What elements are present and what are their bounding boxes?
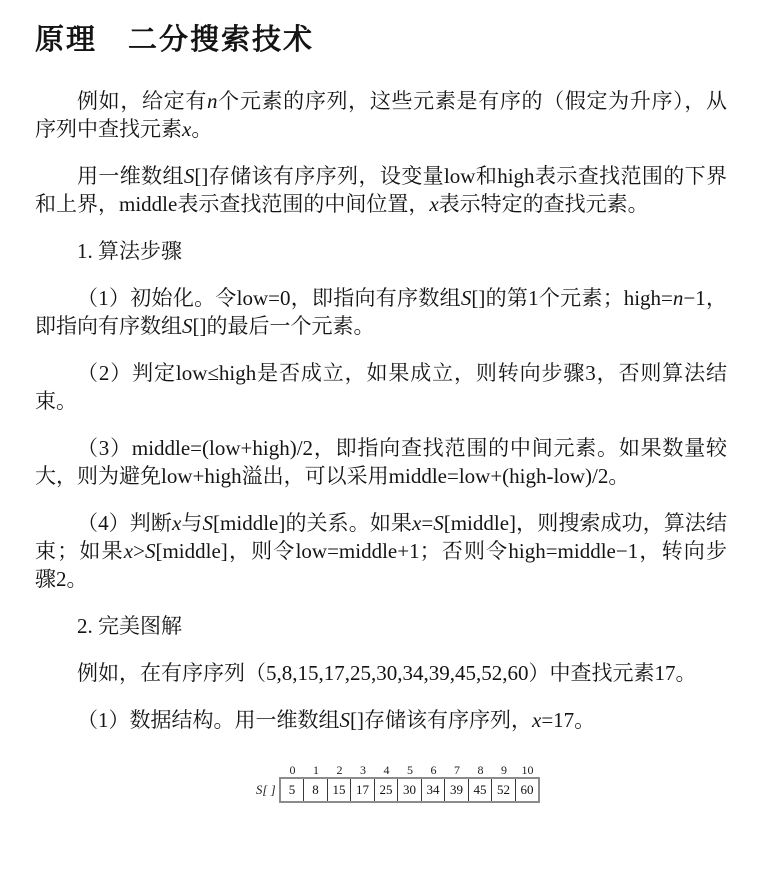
array-body-row: S[ ] 58151725303439455260 bbox=[250, 777, 541, 803]
step-2-condition: （2）判定low≤high是否成立，如果成立，则转向步骤3，否则算法结束。 bbox=[35, 359, 727, 415]
array-index-label: 6 bbox=[422, 764, 446, 777]
document-page: 原理 二分搜索技术 例如，给定有n个元素的序列，这些元素是有序的（假定为升序），… bbox=[0, 0, 762, 871]
section-heading-algorithm-steps: 1. 算法步骤 bbox=[35, 237, 727, 265]
array-index-row: 012345678910 bbox=[281, 764, 541, 777]
array-index-label: 0 bbox=[281, 764, 305, 777]
array-value-cell: 30 bbox=[397, 779, 421, 801]
step-4-compare: （4）判断x与S[middle]的关系。如果x=S[middle]，则搜索成功，… bbox=[35, 509, 727, 593]
array-value-cell: 15 bbox=[327, 779, 351, 801]
page-title: 原理 二分搜索技术 bbox=[35, 22, 727, 58]
array-value-cell: 52 bbox=[491, 779, 515, 801]
paragraph-setup: 用一维数组S[]存储该有序序列，设变量low和high表示查找范围的下界和上界，… bbox=[35, 162, 727, 218]
array-value-cell: 5 bbox=[281, 779, 304, 801]
step-1-initialize: （1）初始化。令low=0，即指向有序数组S[]的第1个元素；high=n−1，… bbox=[35, 284, 727, 340]
array-value-cell: 25 bbox=[374, 779, 398, 801]
array-value-cell: 39 bbox=[444, 779, 468, 801]
step-3-middle: （3）middle=(low+high)/2，即指向查找范围的中间元素。如果数量… bbox=[35, 434, 727, 490]
array-value-cell: 8 bbox=[303, 779, 327, 801]
paragraph-data-structure: （1）数据结构。用一维数组S[]存储该有序序列，x=17。 bbox=[35, 706, 727, 734]
array-index-label: 5 bbox=[398, 764, 422, 777]
array-index-label: 7 bbox=[445, 764, 469, 777]
array-label: S[ ] bbox=[250, 782, 279, 798]
array-index-label: 1 bbox=[304, 764, 328, 777]
paragraph-intro: 例如，给定有n个元素的序列，这些元素是有序的（假定为升序），从序列中查找元素x。 bbox=[35, 87, 727, 143]
array-value-cell: 34 bbox=[421, 779, 445, 801]
section-heading-illustration: 2. 完美图解 bbox=[35, 612, 727, 640]
array-value-cell: 45 bbox=[468, 779, 492, 801]
array-index-label: 4 bbox=[375, 764, 399, 777]
array-figure: 012345678910 S[ ] 58151725303439455260 bbox=[250, 764, 541, 803]
array-index-label: 10 bbox=[516, 764, 540, 777]
array-index-label: 3 bbox=[351, 764, 375, 777]
array-index-label: 2 bbox=[328, 764, 352, 777]
array-value-cell: 17 bbox=[350, 779, 374, 801]
paragraph-example: 例如，在有序序列（5,8,15,17,25,30,34,39,45,52,60）… bbox=[35, 659, 727, 687]
array-index-label: 9 bbox=[492, 764, 516, 777]
array-index-label: 8 bbox=[469, 764, 493, 777]
array-value-cell: 60 bbox=[515, 779, 539, 801]
array-cells-box: 58151725303439455260 bbox=[279, 777, 541, 803]
